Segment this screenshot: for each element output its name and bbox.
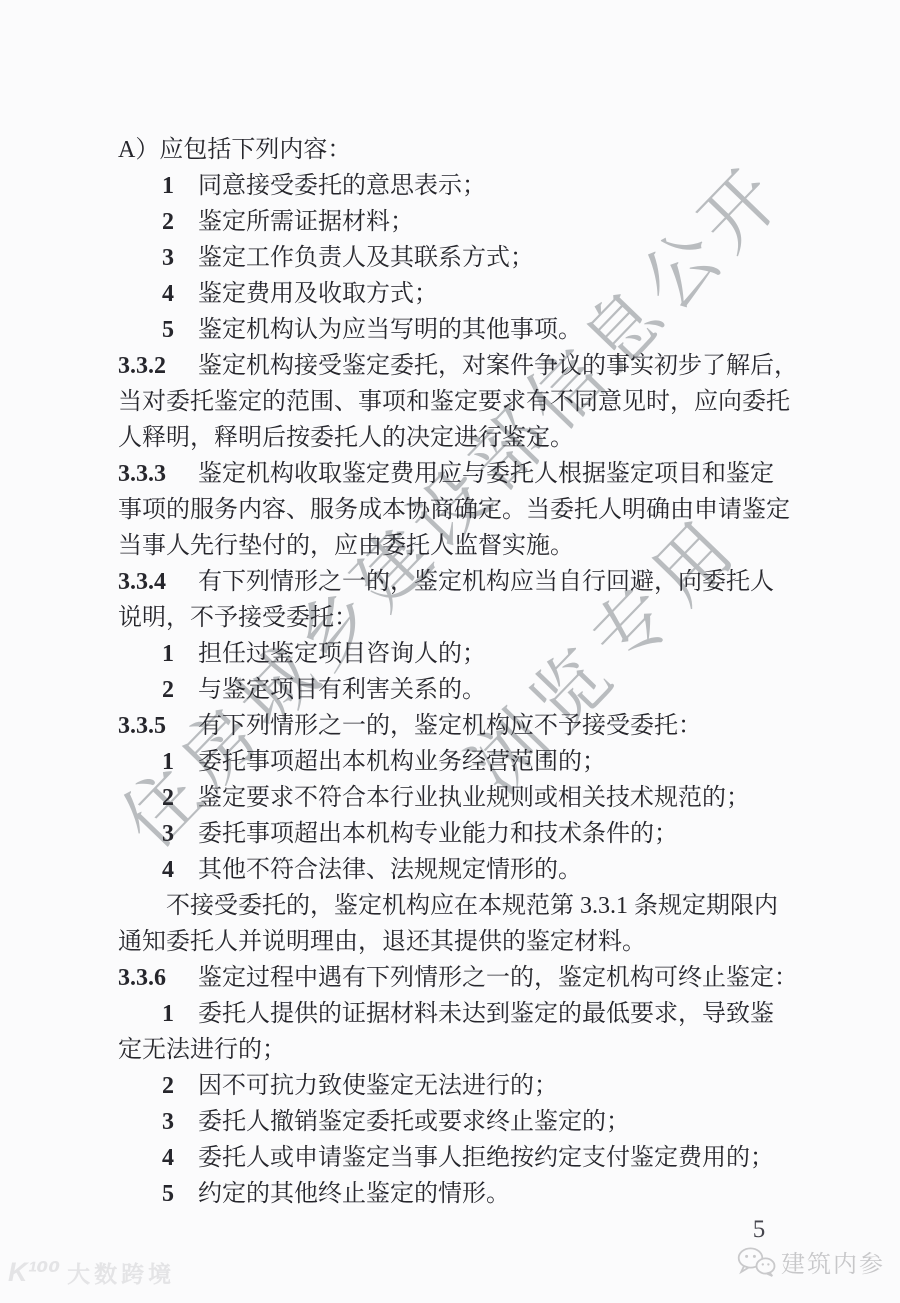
document-line: 1同意接受委托的意思表示；	[118, 168, 808, 204]
line-number: 4	[162, 852, 198, 888]
line-number: 3.3.6	[118, 960, 198, 996]
line-number: 5	[162, 1176, 198, 1212]
line-number: 1	[162, 996, 198, 1032]
line-text: 同意接受委托的意思表示；	[198, 173, 486, 199]
brand-right-logo: 建筑内参	[736, 1244, 885, 1279]
line-text: 委托人撤销鉴定委托或要求终止鉴定的；	[198, 1109, 630, 1135]
line-number: 3	[162, 816, 198, 852]
document-line: 3.3.6鉴定过程中遇有下列情形之一的，鉴定机构可终止鉴定：	[118, 960, 808, 996]
line-text: 有下列情形之一的，鉴定机构应当自行回避，向委托人	[198, 569, 774, 595]
line-text: 委托人提供的证据材料未达到鉴定的最低要求，导致鉴	[198, 1001, 774, 1027]
line-number: 2	[162, 1068, 198, 1104]
line-number: 3	[162, 240, 198, 276]
document-line: 当事人先行垫付的，应由委托人监督实施。	[118, 528, 808, 564]
line-text: 定无法进行的；	[118, 1037, 286, 1063]
document-line: 4其他不符合法律、法规规定情形的。	[118, 852, 808, 888]
document-line: 5鉴定机构认为应当写明的其他事项。	[118, 312, 808, 348]
line-text: 约定的其他终止鉴定的情形。	[198, 1181, 510, 1207]
line-text: 鉴定费用及收取方式；	[198, 281, 438, 307]
line-text: 当对委托鉴定的范围、事项和鉴定要求有不同意见时，应向委托	[118, 389, 790, 415]
document-line: 3鉴定工作负责人及其联系方式；	[118, 240, 808, 276]
line-number: 3.3.2	[118, 348, 198, 384]
line-text: 当事人先行垫付的，应由委托人监督实施。	[118, 533, 574, 559]
document-line: 1担任过鉴定项目咨询人的；	[118, 636, 808, 672]
line-number: 3	[162, 1104, 198, 1140]
line-text: 委托人或申请鉴定当事人拒绝按约定支付鉴定费用的；	[198, 1145, 774, 1171]
document-line: 事项的服务内容、服务成本协商确定。当委托人明确由申请鉴定	[118, 492, 808, 528]
document-line: 3委托事项超出本机构专业能力和技术条件的；	[118, 816, 808, 852]
line-text: 鉴定过程中遇有下列情形之一的，鉴定机构可终止鉴定：	[198, 965, 798, 991]
line-text: A）应包括下列内容：	[118, 137, 351, 163]
brand-right-label: 建筑内参	[781, 1244, 885, 1279]
line-text: 鉴定机构收取鉴定费用应与委托人根据鉴定项目和鉴定	[198, 461, 774, 487]
document-line: 说明，不予接受委托：	[118, 600, 808, 636]
document-line: 1委托人提供的证据材料未达到鉴定的最低要求，导致鉴	[118, 996, 808, 1032]
document-line: 4委托人或申请鉴定当事人拒绝按约定支付鉴定费用的；	[118, 1140, 808, 1176]
line-number: 1	[162, 744, 198, 780]
line-number: 4	[162, 276, 198, 312]
document-line: A）应包括下列内容：	[118, 132, 808, 168]
line-text: 不接受委托的，鉴定机构应在本规范第 3.3.1 条规定期限内	[166, 893, 778, 919]
line-number: 3.3.4	[118, 564, 198, 600]
document-line: 3.3.4有下列情形之一的，鉴定机构应当自行回避，向委托人	[118, 564, 808, 600]
line-text: 有下列情形之一的，鉴定机构应不予接受委托：	[198, 713, 702, 739]
document-line: 不接受委托的，鉴定机构应在本规范第 3.3.1 条规定期限内	[118, 888, 808, 924]
document-line: 1委托事项超出本机构业务经营范围的；	[118, 744, 808, 780]
line-text: 通知委托人并说明理由，退还其提供的鉴定材料。	[118, 929, 646, 955]
document-line: 2与鉴定项目有利害关系的。	[118, 672, 808, 708]
document-line: 5约定的其他终止鉴定的情形。	[118, 1176, 808, 1212]
brand-left-logo: K¹⁰⁰ 大数跨境	[8, 1256, 175, 1289]
line-number: 3.3.3	[118, 456, 198, 492]
line-text: 担任过鉴定项目咨询人的；	[198, 641, 486, 667]
document-line: 2因不可抗力致使鉴定无法进行的；	[118, 1068, 808, 1104]
line-text: 事项的服务内容、服务成本协商确定。当委托人明确由申请鉴定	[118, 497, 790, 523]
document-line: 通知委托人并说明理由，退还其提供的鉴定材料。	[118, 924, 808, 960]
document-line: 定无法进行的；	[118, 1032, 808, 1068]
line-text: 因不可抗力致使鉴定无法进行的；	[198, 1073, 558, 1099]
line-number: 2	[162, 204, 198, 240]
document-line: 2鉴定所需证据材料；	[118, 204, 808, 240]
line-text: 鉴定所需证据材料；	[198, 209, 414, 235]
document-line: 人释明，释明后按委托人的决定进行鉴定。	[118, 420, 808, 456]
k100-logo-icon: K¹⁰⁰	[8, 1259, 60, 1286]
line-text: 说明，不予接受委托：	[118, 605, 358, 631]
wechat-icon	[736, 1246, 776, 1277]
line-number: 1	[162, 636, 198, 672]
line-number: 1	[162, 168, 198, 204]
document-line: 3.3.5有下列情形之一的，鉴定机构应不予接受委托：	[118, 708, 808, 744]
line-number: 3.3.5	[118, 708, 198, 744]
line-text: 人释明，释明后按委托人的决定进行鉴定。	[118, 425, 574, 451]
document-line: 3.3.3鉴定机构收取鉴定费用应与委托人根据鉴定项目和鉴定	[118, 456, 808, 492]
line-text: 鉴定机构认为应当写明的其他事项。	[198, 317, 582, 343]
document-line: 3.3.2鉴定机构接受鉴定委托，对案件争议的事实初步了解后，	[118, 348, 808, 384]
line-text: 其他不符合法律、法规规定情形的。	[198, 857, 582, 883]
line-text: 委托事项超出本机构专业能力和技术条件的；	[198, 821, 678, 847]
line-text: 鉴定要求不符合本行业执业规则或相关技术规范的；	[198, 785, 750, 811]
brand-left-label: 大数跨境	[67, 1256, 175, 1289]
page-number: 5	[742, 1216, 776, 1244]
document-line: 2鉴定要求不符合本行业执业规则或相关技术规范的；	[118, 780, 808, 816]
document-line: 4鉴定费用及收取方式；	[118, 276, 808, 312]
document-line: 3委托人撤销鉴定委托或要求终止鉴定的；	[118, 1104, 808, 1140]
line-number: 5	[162, 312, 198, 348]
line-number: 2	[162, 780, 198, 816]
document-body: A）应包括下列内容：1同意接受委托的意思表示；2鉴定所需证据材料；3鉴定工作负责…	[118, 132, 808, 1212]
line-text: 委托事项超出本机构业务经营范围的；	[198, 749, 606, 775]
line-text: 与鉴定项目有利害关系的。	[198, 677, 486, 703]
line-number: 4	[162, 1140, 198, 1176]
line-text: 鉴定工作负责人及其联系方式；	[198, 245, 534, 271]
line-text: 鉴定机构接受鉴定委托，对案件争议的事实初步了解后，	[198, 353, 798, 379]
scanned-document-page: 住房城乡建设部信息公开 浏览专用 A）应包括下列内容：1同意接受委托的意思表示；…	[0, 0, 900, 1303]
document-line: 当对委托鉴定的范围、事项和鉴定要求有不同意见时，应向委托	[118, 384, 808, 420]
line-number: 2	[162, 672, 198, 708]
